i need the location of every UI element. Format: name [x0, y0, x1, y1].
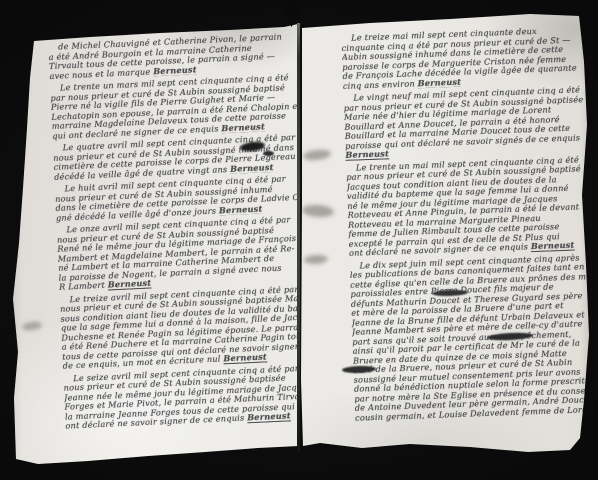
margin-smudge — [22, 321, 43, 332]
register-entry: Le onze avril mil sept cent cinquante ci… — [56, 214, 313, 292]
priest-signature: Berneust — [223, 351, 267, 363]
priest-signature: Berneust — [221, 121, 265, 133]
manuscript-scan: de Michel Chauvigné et Catherine Pivon, … — [0, 0, 598, 480]
priest-signature: Berneust — [345, 148, 389, 160]
register-entry: Le dix sept juin mil sept cent cinquante… — [349, 252, 598, 423]
register-entry: Le trente un mai mil sept cent cinquante… — [346, 154, 598, 258]
priest-signature: Berneust — [247, 410, 291, 422]
priest-signature: Berneust — [108, 278, 152, 290]
priest-signature: Berneust — [219, 203, 263, 215]
margin-smudge — [302, 204, 335, 218]
right-page-text: Le treize mai mil sept cent cinquante de… — [341, 25, 598, 426]
register-entry: Le trente un mars mil sept cent cinquant… — [50, 72, 306, 140]
register-entry: Le vingt neuf mai mil sept cent cinquant… — [343, 85, 595, 161]
register-entry: Le seize avril mil sept cent cinquante c… — [63, 363, 319, 431]
register-entry: Le treize mai mil sept cent cinquante de… — [341, 25, 593, 91]
left-page-text: de Michel Chauvigné et Catherine Pivon, … — [48, 31, 319, 434]
register-entry: Le treize avril mil sept cent cinquante … — [59, 284, 316, 371]
gutter-seam — [297, 23, 300, 452]
priest-signature: Berneust — [531, 240, 575, 251]
priest-signature: Berneust — [153, 64, 197, 76]
margin-smudge — [303, 149, 332, 162]
priest-signature: Berneust — [417, 76, 461, 88]
margin-smudge — [304, 254, 328, 264]
ink-blot — [263, 151, 274, 156]
priest-signature: Berneust — [230, 161, 274, 173]
